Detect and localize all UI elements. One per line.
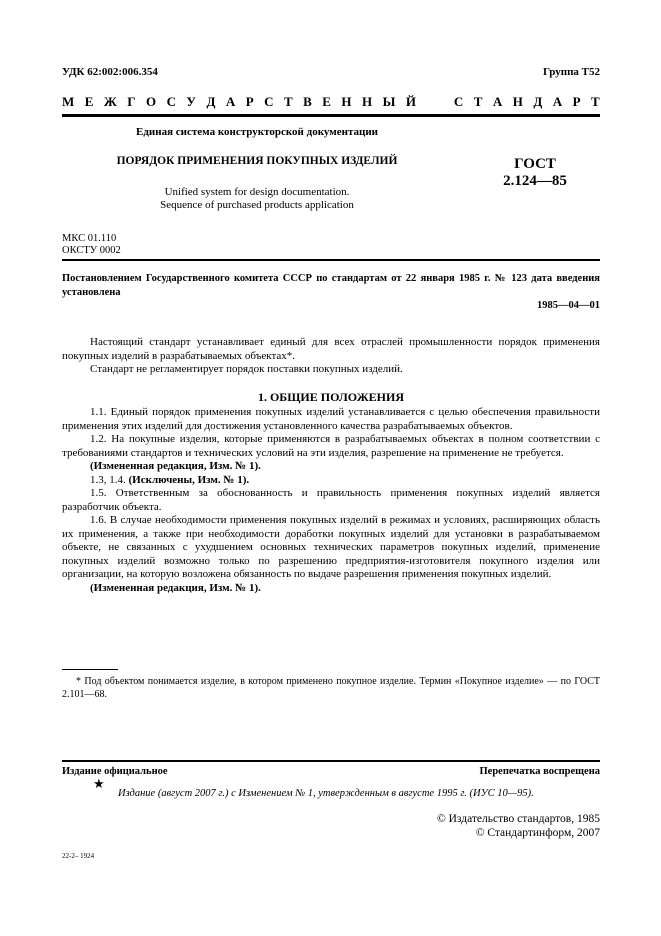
- english-title-line: Sequence of purchased products applicati…: [62, 199, 452, 212]
- english-title-line: Unified system for design documentation.: [62, 186, 452, 199]
- footnote-rule: [62, 669, 118, 670]
- edition-note: Издание (август 2007 г.) с Изменением № …: [118, 788, 534, 799]
- header-rule: [62, 114, 600, 117]
- clause-1-3-1-4: 1.3, 1.4. (Исключены, Изм. № 1).: [62, 474, 600, 488]
- udk-code: УДК 62:002:006.354: [62, 66, 158, 78]
- group-code: Группа Т52: [543, 66, 600, 78]
- footer-rule: [62, 760, 600, 762]
- gost-label: ГОСТ: [480, 156, 590, 173]
- document-title: ПОРЯДОК ПРИМЕНЕНИЯ ПОКУПНЫХ ИЗДЕЛИЙ: [62, 155, 452, 167]
- intro: Настоящий стандарт устанавливает единый …: [62, 336, 600, 377]
- banner-letter: В: [303, 94, 312, 110]
- copyright-line: © Стандартинформ, 2007: [437, 826, 600, 840]
- banner-letter: [440, 94, 443, 110]
- banner-letter: Ж: [104, 94, 117, 110]
- banner-letter: У: [186, 94, 196, 110]
- banner-letter: С: [264, 94, 273, 110]
- classifiers: МКС 01.110 ОКСТУ 0002: [62, 233, 121, 257]
- banner-letter: А: [493, 94, 502, 110]
- banner-letter: С: [167, 94, 176, 110]
- section-heading: 1. ОБЩИЕ ПОЛОЖЕНИЯ: [62, 390, 600, 405]
- star-icon: ★: [93, 776, 105, 792]
- okstu-code: ОКСТУ 0002: [62, 245, 121, 257]
- clause-1-6: 1.6. В случае необходимости применения п…: [62, 514, 600, 582]
- system-name: Единая система конструкторской документа…: [62, 126, 452, 138]
- banner-letter: Ы: [383, 94, 396, 110]
- english-title: Unified system for design documentation.…: [62, 186, 452, 212]
- banner-letter: Р: [573, 94, 581, 110]
- excluded-note: (Исключены, Изм. № 1).: [129, 474, 250, 486]
- banner-letter: Г: [127, 94, 135, 110]
- banner-letter: [426, 94, 429, 110]
- print-code: 22-2– 1924: [62, 852, 94, 860]
- amendment-note: (Измененная редакция, Изм. № 1).: [62, 582, 600, 596]
- copyright-line: © Издательство стандартов, 1985: [437, 812, 600, 826]
- clause-1-2: 1.2. На покупные изделия, которые примен…: [62, 433, 600, 460]
- banner-letter: Т: [474, 94, 483, 110]
- copyright: © Издательство стандартов, 1985 © Станда…: [437, 812, 600, 840]
- amendment-note: (Измененная редакция, Изм. № 1).: [62, 460, 600, 474]
- mks-code: МКС 01.110: [62, 233, 121, 245]
- banner-letter: Д: [533, 94, 542, 110]
- intro-paragraph: Настоящий стандарт устанавливает единый …: [62, 336, 600, 363]
- clause-1-1: 1.1. Единый порядок применения покупных …: [62, 406, 600, 433]
- gost-designation: ГОСТ 2.124—85: [480, 156, 590, 190]
- banner-letter: Н: [362, 94, 372, 110]
- banner-letter: М: [62, 94, 74, 110]
- footnote: * Под объектом понимается изделие, в кот…: [62, 675, 600, 701]
- banner-letter: Д: [206, 94, 215, 110]
- banner-letter: О: [146, 94, 156, 110]
- banner-letter: Т: [591, 94, 600, 110]
- banner-letter: А: [226, 94, 235, 110]
- interstate-standard-banner: МЕЖГОСУДАРСТВЕННЫЙ СТАНДАРТ: [62, 94, 600, 110]
- banner-letter: Е: [85, 94, 94, 110]
- classifier-rule: [62, 259, 600, 261]
- banner-letter: С: [454, 94, 463, 110]
- banner-letter: Й: [406, 94, 416, 110]
- banner-letter: Т: [284, 94, 293, 110]
- banner-letter: Н: [341, 94, 351, 110]
- clause-number: 1.3, 1.4.: [90, 474, 129, 486]
- clause-1-5: 1.5. Ответственным за обоснованность и п…: [62, 487, 600, 514]
- effective-date: 1985—04—01: [537, 300, 600, 311]
- no-reprint-label: Перепечатка воспрещена: [480, 766, 600, 777]
- banner-letter: Н: [513, 94, 523, 110]
- intro-paragraph: Стандарт не регламентирует порядок поста…: [62, 363, 600, 377]
- decree-text: Постановлением Государственного комитета…: [62, 272, 600, 300]
- gost-number: 2.124—85: [480, 173, 590, 190]
- banner-letter: Е: [322, 94, 331, 110]
- banner-letter: Р: [246, 94, 254, 110]
- section-body: 1.1. Единый порядок применения покупных …: [62, 406, 600, 595]
- official-edition-label: Издание официальное: [62, 766, 168, 777]
- banner-letter: А: [553, 94, 562, 110]
